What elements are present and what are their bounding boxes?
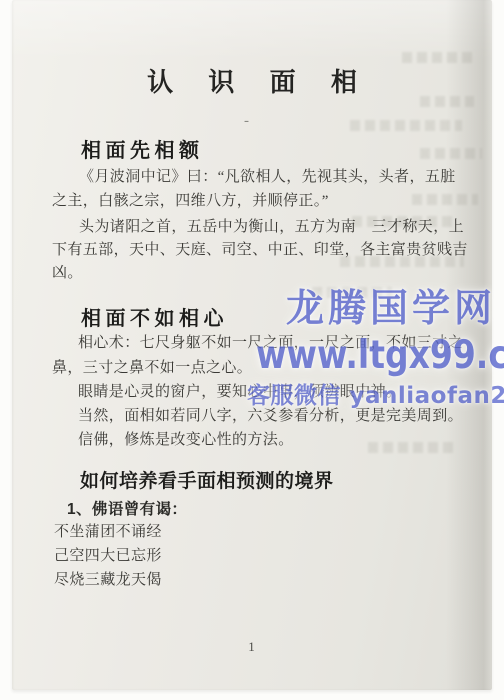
body-text-line: 凶。 — [52, 261, 83, 282]
bleed-through-text — [368, 442, 458, 453]
verse-line: 尽烧三藏龙天偈 — [54, 568, 162, 589]
title-mark: - — [244, 113, 249, 130]
body-text-line: 下有五部，天中、天庭、司空、中正、印堂，各主富贵贫贱吉 — [52, 238, 468, 259]
body-text-line: 之主，白骸之宗，四维八方，并顺停正。” — [52, 189, 329, 210]
watermark-site-name: 龙腾国学网 — [286, 277, 496, 332]
subheading-foyu: 1、佛语曾有谒： — [67, 497, 187, 519]
watermark-url: www.ltgx99.com — [256, 331, 504, 378]
bleed-through-text — [412, 194, 478, 205]
body-text-line: 信佛，修炼是改变心性的方法。 — [78, 428, 294, 449]
section-heading-xiangmian-xianxiang-e: 相面先相额 — [81, 134, 204, 163]
body-text-line: 鼻，三寸之鼻不如一点之心。 — [52, 356, 252, 377]
verse-line: 不坐蒲团不诵经 — [54, 520, 162, 541]
bleed-through-text — [420, 148, 482, 159]
section-heading-xiangmian-buru-xiangxin: 相面不如相心 — [81, 302, 228, 331]
verse-line: 己空四大已忘形 — [54, 544, 162, 565]
section-heading-peiyang-jingjie: 如何培养看手面相预测的境界 — [80, 466, 334, 493]
bleed-through-text — [350, 120, 462, 131]
body-text-line: 头为诸阳之首，五岳中为衡山，五方为南 三才称天，上 — [79, 215, 464, 236]
page-title: 认 识 面 相 — [12, 62, 492, 99]
body-text-line: 《月波洞中记》曰：“凡欲相人，先视其头，头者，五脏 — [79, 165, 456, 186]
watermark-contact: 客服微信 yanliaofan225 — [247, 377, 504, 410]
scanned-page-photo: 认 识 面 相 - 相面先相额 《月波洞中记》曰：“凡欲相人，先视其头，头者，五… — [0, 0, 504, 700]
page-number: 1 — [12, 639, 492, 655]
